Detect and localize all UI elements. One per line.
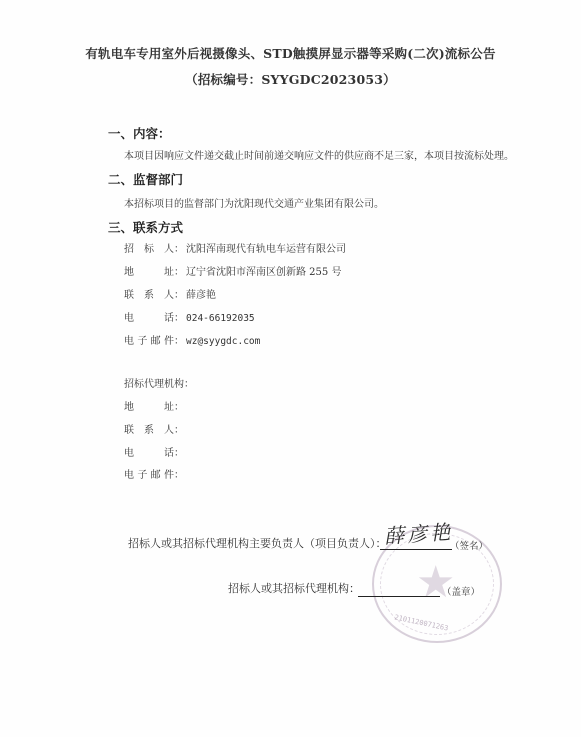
tender-number: （招标编号：SYYGDC2023053） (0, 70, 581, 88)
org-seal-label: 招标人或其招标代理机构： (228, 580, 360, 596)
tenderer-row: 招 标 人：沈阳浑南现代有轨电车运营有限公司 (124, 240, 346, 255)
address-label: 地 址 (124, 263, 174, 278)
tenderer-value: 沈阳浑南现代有轨电车运营有限公司 (186, 244, 346, 255)
seal-note: （盖章） (442, 584, 480, 598)
email-value: wz@syygdc.com (186, 336, 260, 347)
section-heading-supervision: 二、监督部门 (108, 170, 183, 188)
signature-note: （签名） (450, 538, 488, 552)
document-page: 有轨电车专用室外后视摄像头、STD触摸屏显示器等采购(二次)流标公告 （招标编号… (0, 0, 581, 737)
section-body-content: 本项目因响应文件递交截止时间前递交响应文件的供应商不足三家，本项目按流标处理。 (124, 147, 514, 162)
email-label: 电子邮件 (124, 332, 174, 347)
document-title: 有轨电车专用室外后视摄像头、STD触摸屏显示器等采购(二次)流标公告 (0, 44, 581, 62)
contact-person-value: 薛彦艳 (186, 290, 216, 301)
principal-label: 招标人或其招标代理机构主要负责人（项目负责人）： (128, 535, 387, 551)
email-row: 电子邮件：wz@syygdc.com (124, 332, 260, 347)
agent-contact-label: 联 系 人 (124, 421, 174, 436)
contact-person-label: 联 系 人 (124, 286, 174, 301)
section-body-supervision: 本招标项目的监督部门为沈阳现代交通产业集团有限公司。 (124, 195, 384, 210)
phone-row: 电 话：024-66192035 (124, 309, 255, 324)
agent-contact-row: 联 系 人： (124, 421, 186, 436)
seal-star-icon: ★ (416, 557, 455, 608)
agent-org-label: 招标代理机构： (124, 375, 194, 390)
agent-phone-row: 电 话： (124, 444, 186, 459)
address-value: 辽宁省沈阳市浑南区创新路 255 号 (186, 267, 341, 278)
address-row: 地 址：辽宁省沈阳市浑南区创新路 255 号 (124, 263, 341, 278)
phone-value: 024-66192035 (186, 313, 255, 324)
section-heading-content: 一、内容： (108, 124, 171, 142)
agent-address-label: 地 址 (124, 398, 174, 413)
tenderer-label: 招 标 人 (124, 240, 174, 255)
handwritten-signature: 薛彦艳 (383, 516, 454, 550)
agent-email-row: 电子邮件： (124, 466, 186, 481)
contact-person-row: 联 系 人：薛彦艳 (124, 286, 216, 301)
signature-line (380, 549, 452, 550)
section-heading-contact: 三、联系方式 (108, 218, 183, 236)
agent-email-label: 电子邮件 (124, 466, 174, 481)
agent-phone-label: 电 话 (124, 444, 174, 459)
seal-line (358, 596, 440, 597)
phone-label: 电 话 (124, 309, 174, 324)
agent-address-row: 地 址： (124, 398, 186, 413)
